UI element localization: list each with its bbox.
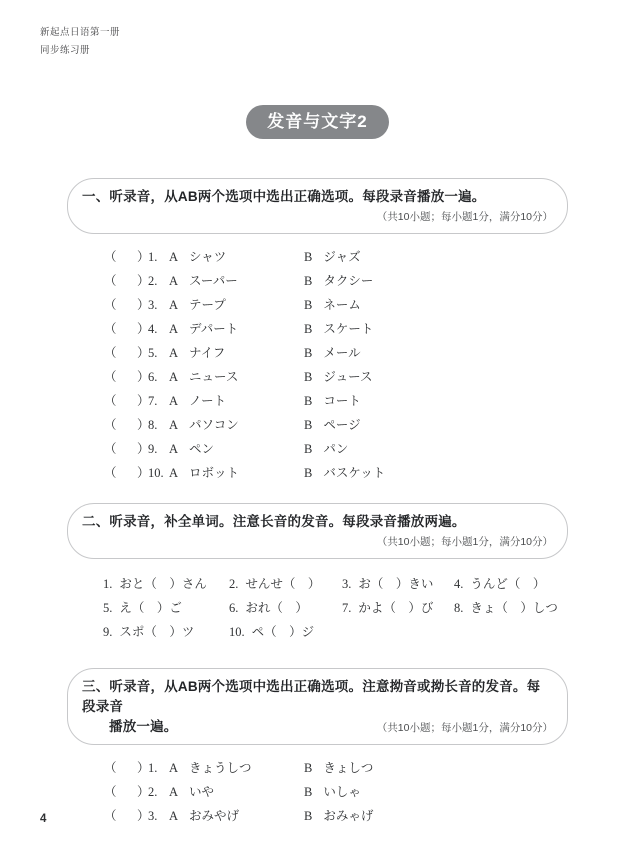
fill-word: うんど（ ） (470, 577, 545, 591)
question-row: （ ）9.Aペン Bパン (104, 437, 568, 461)
option-b-label: B (304, 466, 312, 480)
option-a: Aノート (169, 394, 226, 408)
fill-word: スポ（ ）ツ (119, 625, 194, 639)
section-3-subline: 播放一遍。 （共10小题；每小题1分，满分10分） (82, 717, 553, 738)
section-1-score: （共10小题；每小题1分，满分10分） (377, 207, 553, 227)
option-a-text: ノート (189, 394, 226, 408)
option-b-text: ジュース (323, 370, 372, 384)
option-a: Aペン (169, 442, 214, 456)
question-number: 10. (148, 461, 165, 485)
option-b: Bきょしつ (304, 756, 373, 780)
answer-blank: （ ） (104, 250, 148, 264)
section-3-title: 三、听录音，从AB两个选项中选出正确选项。注意拗音或拗长音的发音。每段录音 (82, 677, 553, 717)
option-b-text: おみゃげ (323, 809, 373, 823)
option-b: Bスケート (304, 317, 373, 341)
option-b-label: B (304, 785, 312, 799)
option-a-label: A (169, 466, 178, 480)
option-b-label: B (304, 274, 312, 288)
lesson-badge-wrap: 发音与文字2 (0, 105, 635, 139)
option-b-label: B (304, 298, 312, 312)
question-row: （ ）7.Aノート Bコート (104, 389, 568, 413)
fill-item: 9.スポ（ ）ツ (103, 620, 229, 644)
workbook-page: { "header": { "book_title": "新起点日语第一册", … (0, 0, 635, 860)
option-b: Bジュース (304, 365, 372, 389)
option-b-label: B (304, 761, 312, 775)
fill-item: 7.かよ（ ）び (342, 596, 454, 620)
question-number: 2. (148, 269, 165, 293)
section-3-header-box: 三、听录音，从AB两个选项中选出正确选项。注意拗音或拗长音的发音。每段录音 播放… (67, 668, 568, 745)
section-2-subline: （共10小题；每小题1分，满分10分） (82, 532, 553, 552)
fill-item: 1.おと（ ）さん (103, 572, 229, 596)
option-a-label: A (169, 298, 178, 312)
section-1: 一、听录音，从AB两个选项中选出正确选项。每段录音播放一遍。 （共10小题；每小… (67, 178, 568, 485)
option-b: Bおみゃげ (304, 804, 373, 828)
answer-blank: （ ） (104, 785, 148, 799)
option-b-label: B (304, 322, 312, 336)
fill-word: ペ（ ）ジ (252, 625, 315, 639)
question-number: 2. (148, 780, 165, 804)
section-2-fill-list: 1.おと（ ）さん 2.せんせ（ ） 3.お（ ）きい 4.うんど（ ） 5.え… (103, 572, 568, 644)
option-a-label: A (169, 250, 178, 264)
question-row: （ ）1.Aきょうしつ Bきょしつ (104, 756, 568, 780)
question-row: （ ）4.Aデパート Bスケート (104, 317, 568, 341)
question-number: 1. (103, 577, 112, 591)
option-b-label: B (304, 418, 312, 432)
question-row: （ ）8.Aパソコン Bページ (104, 413, 568, 437)
answer-blank: （ ） (104, 761, 148, 775)
option-b-text: コート (323, 394, 361, 408)
fill-word: お（ ）きい (358, 577, 433, 591)
answer-blank: （ ） (104, 418, 148, 432)
option-b-text: ページ (323, 418, 360, 432)
answer-blank: （ ） (104, 346, 148, 360)
section-3-title-cont: 播放一遍。 (109, 717, 178, 737)
section-2-header-box: 二、听录音，补全单词。注意长音的发音。每段录音播放两遍。 （共10小题；每小题1… (67, 503, 568, 559)
option-a: Aテープ (169, 298, 226, 312)
book-title: 新起点日语第一册 (40, 24, 120, 42)
question-number: 9. (148, 437, 165, 461)
option-b: Bコート (304, 389, 361, 413)
option-b-text: スケート (323, 322, 373, 336)
question-number: 10. (229, 625, 245, 639)
option-a-text: ペン (189, 442, 214, 456)
option-b: Bバスケット (304, 461, 385, 485)
option-a-text: いや (189, 785, 214, 799)
option-b-text: タクシー (323, 274, 373, 288)
option-a: Aニュース (169, 370, 238, 384)
fill-item: 10.ペ（ ）ジ (229, 620, 342, 644)
option-b-label: B (304, 442, 312, 456)
option-a-text: ロボット (189, 466, 239, 480)
option-b-text: ジャズ (323, 250, 360, 264)
question-row: （ ）2.Aスーパー Bタクシー (104, 269, 568, 293)
answer-blank: （ ） (104, 322, 148, 336)
section-2-score: （共10小题；每小题1分，满分10分） (377, 532, 553, 552)
fill-word: かよ（ ）び (358, 601, 433, 615)
answer-blank: （ ） (104, 442, 148, 456)
option-b-label: B (304, 394, 312, 408)
book-header: 新起点日语第一册 同步练习册 (40, 24, 120, 60)
book-subtitle: 同步练习册 (40, 42, 120, 60)
option-a-label: A (169, 370, 178, 384)
question-number: 8. (454, 601, 463, 615)
option-b-label: B (304, 370, 312, 384)
option-a: Aデパート (169, 322, 238, 336)
question-number: 6. (229, 601, 238, 615)
question-number: 5. (103, 601, 112, 615)
option-a: Aスーパー (169, 274, 238, 288)
option-a: Aナイフ (169, 346, 225, 360)
option-b-text: きょしつ (323, 761, 373, 775)
question-number: 1. (148, 756, 165, 780)
section-3: 三、听录音，从AB两个选项中选出正确选项。注意拗音或拗长音的发音。每段录音 播放… (67, 668, 568, 828)
option-b-label: B (304, 809, 312, 823)
question-row: （ ）10.Aロボット Bバスケット (104, 461, 568, 485)
option-a-label: A (169, 418, 178, 432)
option-b: Bパン (304, 437, 348, 461)
option-a-text: テープ (189, 298, 226, 312)
option-a-label: A (169, 394, 178, 408)
question-number: 1. (148, 245, 165, 269)
fill-item: 4.うんど（ ） (454, 572, 568, 596)
option-b: Bジャズ (304, 245, 361, 269)
answer-blank: （ ） (104, 466, 148, 480)
fill-item: 2.せんせ（ ） (229, 572, 342, 596)
option-a-text: スーパー (189, 274, 238, 288)
question-number: 2. (229, 577, 238, 591)
fill-item: 8.きょ（ ）しつ (454, 596, 568, 620)
option-a-label: A (169, 809, 178, 823)
option-a-text: ニュース (189, 370, 238, 384)
section-1-question-list: （ ）1.Aシャツ Bジャズ （ ）2.Aスーパー Bタクシー （ ）3.Aテー… (104, 245, 568, 485)
option-a: Aおみやげ (169, 809, 239, 823)
section-1-subline: （共10小题；每小题1分，满分10分） (82, 207, 553, 227)
answer-blank: （ ） (104, 370, 148, 384)
section-3-score: （共10小题；每小题1分，满分10分） (377, 718, 553, 738)
option-a-text: シャツ (189, 250, 226, 264)
question-row: （ ）3.Aテープ Bネーム (104, 293, 568, 317)
option-a-text: デパート (189, 322, 238, 336)
option-a-label: A (169, 274, 178, 288)
fill-item: 5.え（ ）ご (103, 596, 229, 620)
question-number: 6. (148, 365, 165, 389)
option-a: Aパソコン (169, 418, 239, 432)
page-number: 4 (40, 813, 46, 825)
lesson-title-badge: 发音与文字2 (246, 105, 388, 139)
question-row: （ ）2.Aいや Bいしゃ (104, 780, 568, 804)
question-number: 4. (148, 317, 165, 341)
question-row: （ ）6.Aニュース Bジュース (104, 365, 568, 389)
option-a-label: A (169, 322, 178, 336)
fill-item: 6.おれ（ ） (229, 596, 342, 620)
fill-word: おと（ ）さん (119, 577, 207, 591)
fill-word: おれ（ ） (245, 601, 308, 615)
answer-blank: （ ） (104, 394, 148, 408)
option-a-label: A (169, 346, 178, 360)
answer-blank: （ ） (104, 298, 148, 312)
question-number: 3. (148, 804, 165, 828)
option-b-text: バスケット (323, 466, 385, 480)
option-a-text: おみやげ (189, 809, 239, 823)
option-b-label: B (304, 250, 312, 264)
question-number: 5. (148, 341, 165, 365)
option-a-label: A (169, 785, 178, 799)
section-2-title: 二、听录音，补全单词。注意长音的发音。每段录音播放两遍。 (82, 512, 553, 532)
option-b: Bタクシー (304, 269, 373, 293)
option-a-text: きょうしつ (189, 761, 252, 775)
question-number: 7. (342, 601, 351, 615)
question-number: 8. (148, 413, 165, 437)
option-a: Aシャツ (169, 250, 226, 264)
option-b: Bネーム (304, 293, 361, 317)
option-a: Aロボット (169, 466, 239, 480)
option-b: Bページ (304, 413, 361, 437)
question-number: 3. (148, 293, 165, 317)
option-a: Aきょうしつ (169, 761, 252, 775)
question-row: （ ）1.Aシャツ Bジャズ (104, 245, 568, 269)
option-b-text: いしゃ (323, 785, 361, 799)
option-b-text: パン (323, 442, 348, 456)
option-b-text: メール (323, 346, 360, 360)
page-content: 一、听录音，从AB两个选项中选出正确选项。每段录音播放一遍。 （共10小题；每小… (67, 178, 568, 828)
option-a-label: A (169, 761, 178, 775)
option-a-text: パソコン (189, 418, 239, 432)
option-b-text: ネーム (323, 298, 361, 312)
fill-item: 3.お（ ）きい (342, 572, 454, 596)
fill-word: せんせ（ ） (245, 577, 320, 591)
option-a: Aいや (169, 785, 214, 799)
section-1-header-box: 一、听录音，从AB两个选项中选出正确选项。每段录音播放一遍。 （共10小题；每小… (67, 178, 568, 234)
answer-blank: （ ） (104, 274, 148, 288)
section-2: 二、听录音，补全单词。注意长音的发音。每段录音播放两遍。 （共10小题；每小题1… (67, 503, 568, 644)
fill-word: え（ ）ご (119, 601, 182, 615)
question-number: 9. (103, 625, 112, 639)
question-number: 7. (148, 389, 165, 413)
option-b: Bいしゃ (304, 780, 361, 804)
question-number: 4. (454, 577, 463, 591)
question-number: 3. (342, 577, 351, 591)
option-a-text: ナイフ (189, 346, 225, 360)
section-3-question-list: （ ）1.Aきょうしつ Bきょしつ （ ）2.Aいや Bいしゃ （ ）3.Aおみ… (104, 756, 568, 828)
answer-blank: （ ） (104, 809, 148, 823)
question-row: （ ）5.Aナイフ Bメール (104, 341, 568, 365)
section-1-title: 一、听录音，从AB两个选项中选出正确选项。每段录音播放一遍。 (82, 187, 553, 207)
fill-word: きょ（ ）しつ (470, 601, 558, 615)
option-b-label: B (304, 346, 312, 360)
option-a-label: A (169, 442, 178, 456)
option-b: Bメール (304, 341, 361, 365)
question-row: （ ）3.Aおみやげ Bおみゃげ (104, 804, 568, 828)
